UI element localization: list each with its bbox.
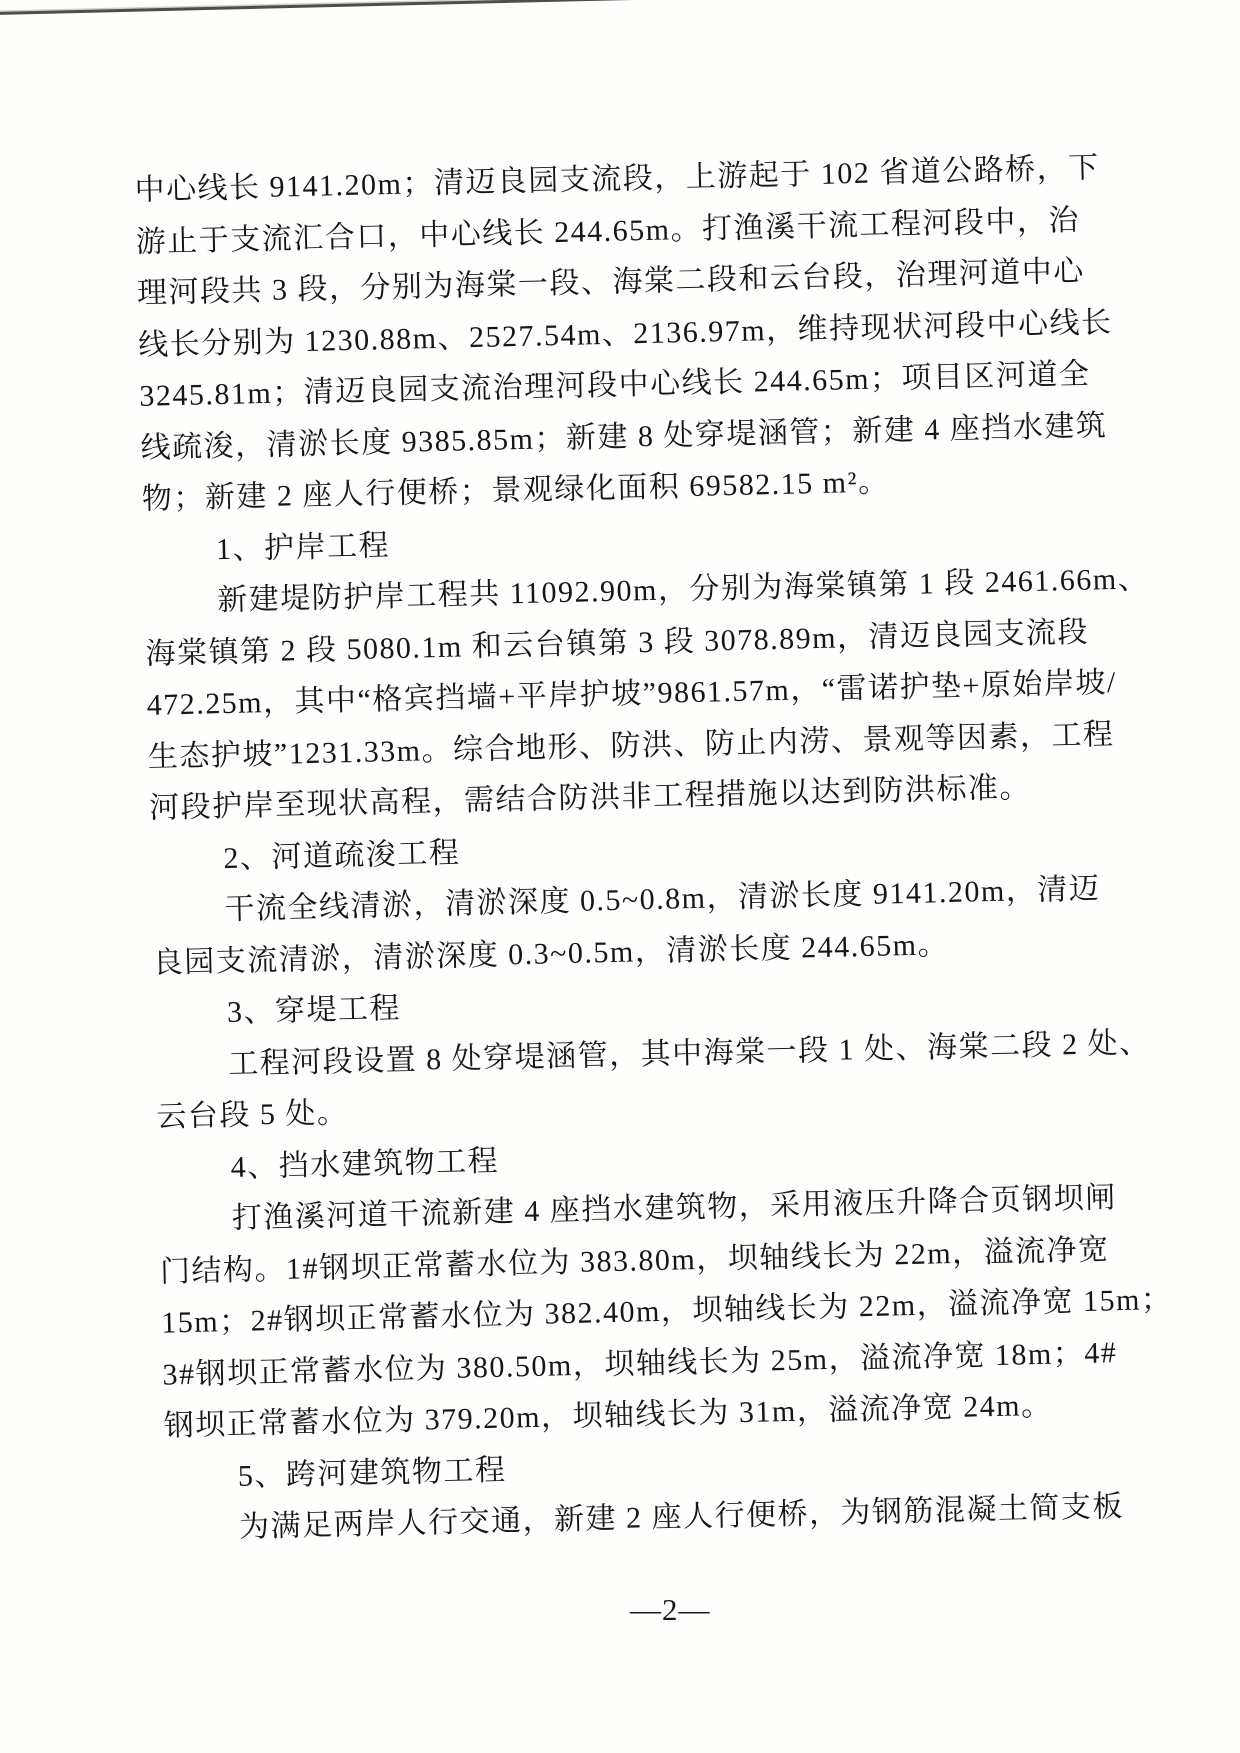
scan-artifact-line	[0, 0, 711, 14]
page-number: —2—	[630, 1592, 711, 1628]
page: 中心线长 9141.20m；清迈良园支流段，上游起于 102 省道公路桥，下 游…	[0, 0, 1240, 1753]
document-body: 中心线长 9141.20m；清迈良园支流段，上游起于 102 省道公路桥，下 游…	[134, 142, 1128, 1555]
